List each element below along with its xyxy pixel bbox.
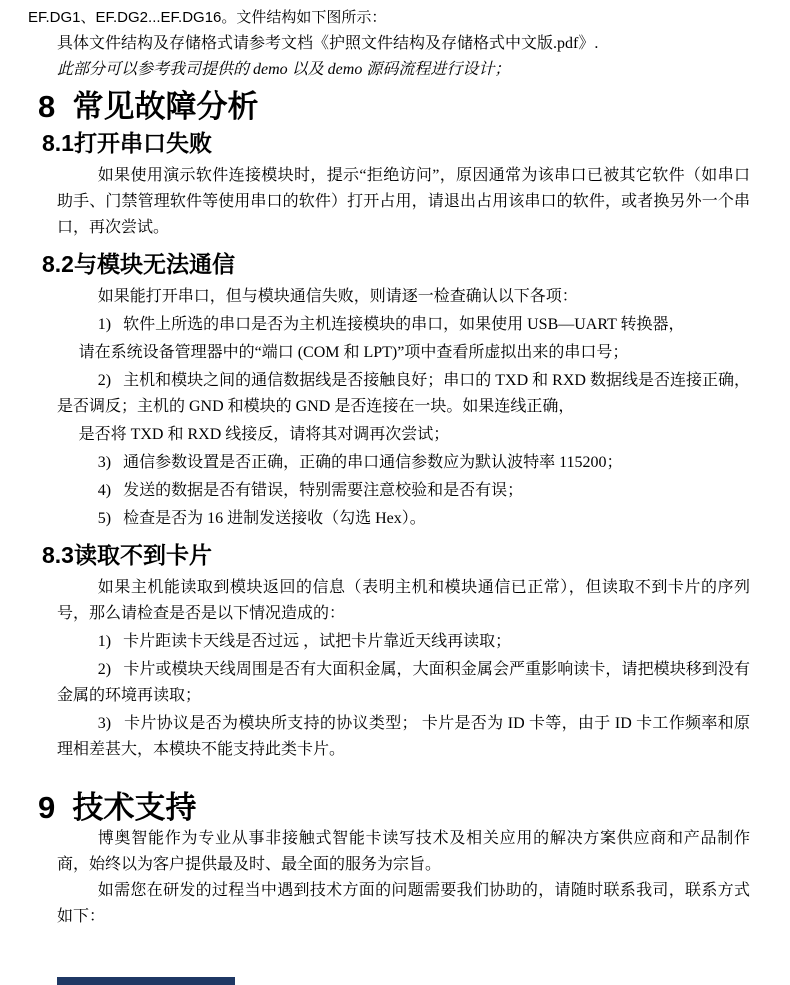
paragraph-8-1-body: 如果使用演示软件连接模块时，提示“拒绝访问”，原因通常为该串口已被其它软件（如串… xyxy=(57,163,750,241)
paragraph-9-2: 如需您在研发的过程当中遇到技术方面的问题需要我们协助的，请随时联系我司，联系方式… xyxy=(57,878,750,930)
list-item-8-3-2: 2) 卡片或模块天线周围是否有大面积金属，大面积金属会严重影响读卡，请把模块移到… xyxy=(57,657,750,709)
list-item-8-2-5: 5) 检查是否为 16 进制发送接收（勾选 Hex）。 xyxy=(57,506,750,532)
list-item-8-3-1: 1) 卡片距读卡天线是否过远 ，试把卡片靠近天线再读取； xyxy=(57,629,750,655)
heading-section-8-1: 8.1打开串口失败 xyxy=(42,127,750,160)
heading-section-8-3: 8.3读取不到卡片 xyxy=(42,539,750,572)
document-page: EF.DG1、EF.DG2...EF.DG16。文件结构如下图所示： 具体文件结… xyxy=(0,0,790,985)
heading-section-9: 9 技术支持 xyxy=(38,789,750,826)
intro-line-2: 具体文件结构及存储格式请参考文档《护照文件结构及存储格式中文版.pdf》. xyxy=(57,31,750,57)
list-item-8-2-2: 2) 主机和模块之间的通信数据线是否接触良好；串口的 TXD 和 RXD 数据线… xyxy=(57,368,750,420)
list-item-8-2-1-continued: 请在系统设备管理器中的“端口 (COM 和 LPT)”项中查看所虚拟出来的串口号… xyxy=(57,340,750,366)
heading-section-8: 8 常见故障分析 xyxy=(38,88,750,125)
list-item-8-2-2-continued: 是否将 TXD 和 RXD 线接反，请将其对调再次尝试； xyxy=(57,422,750,448)
paragraph-9-1: 博奥智能作为专业从事非接触式智能卡读写技术及相关应用的解决方案供应商和产品制作商… xyxy=(57,826,750,878)
list-item-8-3-3: 3) 卡片协议是否为模块所支持的协议类型； 卡片是否为 ID 卡等，由于 ID … xyxy=(57,711,750,763)
intro-line-3: 此部分可以参考我司提供的 demo 以及 demo 源码流程进行设计； xyxy=(57,57,750,83)
list-item-8-2-3: 3) 通信参数设置是否正确，正确的串口通信参数应为默认波特率 115200； xyxy=(57,450,750,476)
paragraph-8-3-intro: 如果主机能读取到模块返回的信息（表明主机和模块通信已正常），但读取不到卡片的序列… xyxy=(57,575,750,627)
heading-section-8-2: 8.2与模块无法通信 xyxy=(42,248,750,281)
contact-table-strip xyxy=(57,977,235,985)
intro-line-1: EF.DG1、EF.DG2...EF.DG16。文件结构如下图所示： xyxy=(28,4,750,31)
paragraph-8-2-intro: 如果能打开串口，但与模块通信失败，则请逐一检查确认以下各项： xyxy=(57,284,750,310)
list-item-8-2-1: 1) 软件上所选的串口是否为主机连接模块的串口，如果使用 USB—UART 转换… xyxy=(57,312,750,338)
list-item-8-2-4: 4) 发送的数据是否有错误，特别需要注意校验和是否有误； xyxy=(57,478,750,504)
